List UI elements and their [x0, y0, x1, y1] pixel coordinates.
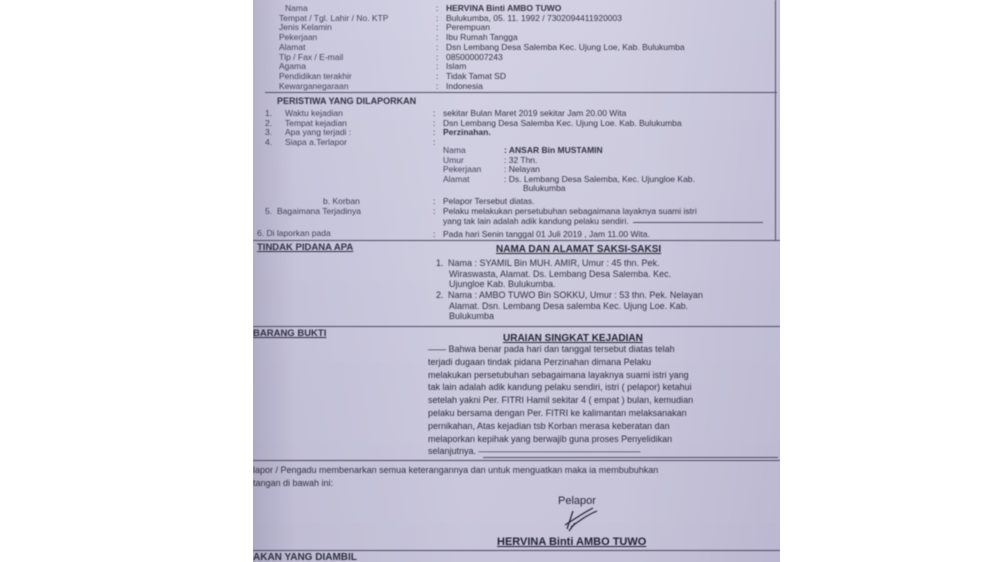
- item-label: Waktu kejadian: [285, 108, 343, 118]
- field-value: 085000007243: [446, 52, 503, 62]
- field-label: Kewarganegaraan: [279, 81, 348, 91]
- suspect-label: Nama: [443, 145, 466, 155]
- item-number: 5.: [265, 206, 272, 216]
- field-value: Tidak Tamat SD: [446, 71, 506, 81]
- divider: [253, 326, 780, 327]
- colon-separator: :: [433, 206, 435, 216]
- field-value: Ibu Rumah Tangga: [446, 32, 518, 42]
- field-label: Agama: [279, 61, 306, 71]
- witness-line: Alamat. Dsn. Lembang Desa salemba Kec. U…: [449, 301, 779, 311]
- divider: [253, 240, 780, 241]
- field-label: Pendidikan terakhir: [279, 71, 352, 81]
- summary-line: melaporkan kepihak yang berwajib guna pr…: [428, 433, 778, 446]
- suspect-value: : ANSAR Bin MUSTAMIN: [504, 145, 603, 155]
- item-value: sekitar Bulan Maret 2019 sekitar Jam 20.…: [443, 108, 626, 118]
- field-label: Tlp / Fax / E-mail: [279, 52, 343, 62]
- witness-line: Nama : AMBO TUWO Bin SOKKU, Umur : 53 th…: [448, 290, 778, 300]
- suspect-value-cont: Bulukumba: [523, 183, 566, 193]
- field-value: Islam: [446, 61, 466, 71]
- witness-line: Bulukumba: [449, 311, 779, 321]
- colon-separator: :: [436, 32, 438, 42]
- colon-separator: :: [436, 3, 438, 13]
- colon-separator: :: [436, 61, 438, 71]
- item-label: Apa yang terjadi :: [285, 127, 351, 137]
- summary-line: pelaku bersama dengan Per. FITRI ke kali…: [428, 407, 778, 420]
- suspect-label: Alamat: [443, 174, 469, 184]
- witness-number: 2.: [436, 290, 444, 300]
- reported-label: 6. Di laporkan pada: [257, 228, 331, 238]
- item-number: 4.: [265, 137, 272, 147]
- colon-separator: :: [436, 81, 438, 91]
- item-value: Dsn Lembang Desa Salemba Kec. Ujung Loe.…: [443, 118, 682, 128]
- colon-separator: :: [433, 127, 435, 137]
- how-label: Bagaimana Terjadinya: [277, 206, 361, 216]
- item-number: 2.: [265, 118, 272, 128]
- field-value: Bulukumba, 05. 11. 1992 / 73020944119200…: [446, 13, 622, 23]
- report-document: Nama:HERVINA Binti AMBO TUWOTempat / Tgl…: [253, 0, 780, 562]
- colon-separator: :: [433, 196, 435, 206]
- summary-line: terjadi dugaan tindak pidana Perzinahan …: [428, 356, 778, 369]
- reported-value: Pada hari Senin tanggal 01 Juli 2019 , J…: [443, 229, 650, 239]
- frame-right: [775, 0, 776, 240]
- suspect-label: Umur: [443, 155, 464, 165]
- field-value: Indonesia: [446, 81, 483, 91]
- how-value: Pelaku melakukan persetubuhan sebagaiman…: [443, 206, 697, 216]
- how-value-cont: yang tak lain adalah adik kandung pelaku…: [443, 216, 629, 226]
- victim-label: b. Korban: [323, 196, 360, 206]
- field-label: Jenis Kelamin: [279, 22, 332, 32]
- witnesses-heading: NAMA DAN ALAMAT SAKSI-SAKSI: [496, 244, 661, 255]
- field-value: Dsn Lembang Desa Salemba Kec. Ujung Loe,…: [446, 42, 685, 52]
- colon-separator: :: [436, 52, 438, 62]
- signatory-name: HERVINA Binti AMBO TUWO: [497, 536, 646, 548]
- divider: [253, 460, 780, 461]
- victim-value: Pelapor Tersebut diatas.: [443, 196, 535, 206]
- divider: [265, 92, 777, 93]
- crime-type-title: TINDAK PIDANA APA: [257, 242, 353, 253]
- frame-mid: [419, 0, 420, 92]
- incident-heading: PERISTIWA YANG DILAPORKAN: [277, 96, 416, 106]
- field-value: Perempuan: [446, 22, 490, 32]
- statement-line-2: tangan di bawah ini:: [253, 478, 333, 488]
- colon-separator: :: [433, 229, 435, 239]
- witness-line: Nama : SYAMIL Bin MUH. AMIR, Umur : 45 t…: [448, 258, 778, 268]
- colon-separator: :: [433, 137, 435, 147]
- item-number: 1.: [265, 108, 272, 118]
- summary-line: —— Bahwa benar pada hari dan tanggal ter…: [428, 343, 778, 356]
- summary-line: setelah yakni Per. FITRI Hamil sekitar 4…: [428, 394, 778, 407]
- suspect-value: : 32 Thn.: [504, 155, 537, 165]
- item-label: Siapa a.Terlapor: [285, 137, 347, 147]
- divider: [253, 550, 780, 551]
- witness-line: Ujungloe Kab. Bulukumba.: [449, 279, 779, 289]
- evidence-title: BARANG BUKTI: [253, 328, 326, 339]
- summary-line: pernikahan, Atas kejadian tsb Korban mer…: [428, 420, 778, 433]
- colon-separator: :: [436, 13, 438, 23]
- item-number: 3.: [265, 127, 272, 137]
- witness-number: 1.: [436, 258, 444, 268]
- field-label: Alamat: [279, 42, 305, 52]
- colon-separator: :: [436, 22, 438, 32]
- item-label: Tempat kejadian: [285, 118, 347, 128]
- statement-line-1: lapor / Pengadu membenarkan semua ketera…: [253, 465, 658, 475]
- field-value: HERVINA Binti AMBO TUWO: [446, 3, 561, 13]
- summary-line: tak lain adalah adik kandung pelaku send…: [428, 381, 778, 394]
- colon-separator: :: [436, 71, 438, 81]
- colon-separator: :: [433, 118, 435, 128]
- field-label: Nama: [285, 3, 308, 13]
- footer-section-title: AKAN YANG DIAMBIL: [253, 553, 357, 562]
- witness-line: Wiraswasta, Alamat. Ds. Lembang Desa Sal…: [449, 269, 779, 279]
- field-label: Tempat / Tgl. Lahir / No. KTP: [279, 13, 388, 23]
- summary-line: melakukan persetubuhan sebagaimana layak…: [428, 369, 778, 382]
- suspect-label: Pekerjaan: [443, 164, 481, 174]
- colon-separator: :: [433, 108, 435, 118]
- signature-scribble-icon: [553, 505, 603, 533]
- item-value: Perzinahan.: [443, 127, 491, 137]
- colon-separator: :: [436, 42, 438, 52]
- underline-rule: [483, 457, 778, 458]
- suspect-value: : Nelayan: [504, 164, 540, 174]
- underline-rule: [633, 222, 763, 223]
- suspect-value: : Ds. Lembang Desa Salemba, Kec. Ujunglo…: [504, 174, 695, 184]
- field-label: Pekerjaan: [279, 32, 317, 42]
